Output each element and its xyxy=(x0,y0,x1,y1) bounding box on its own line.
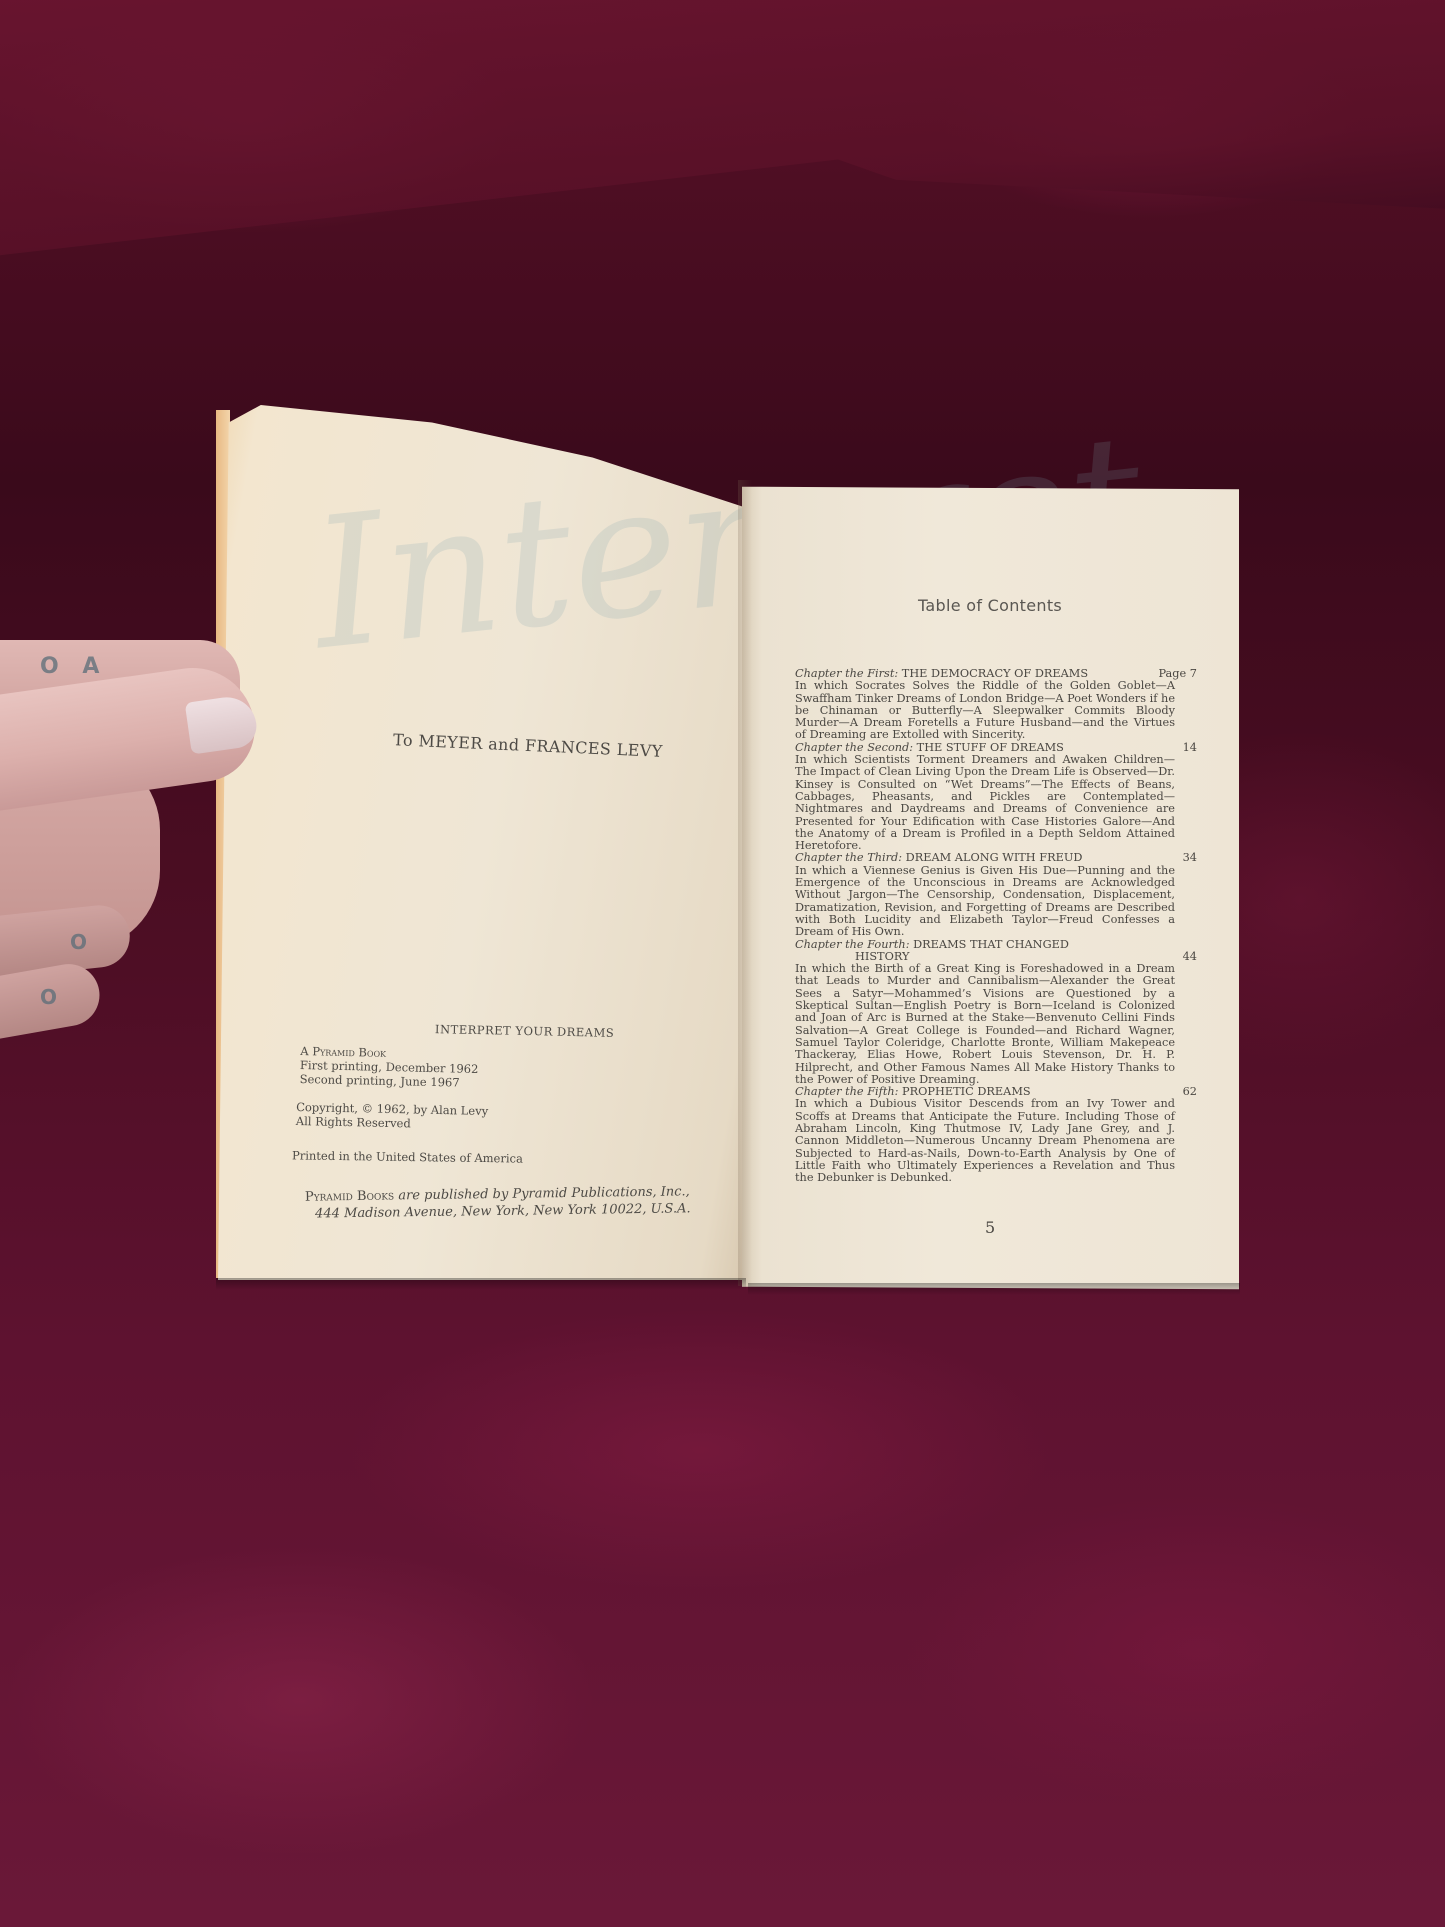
toc-chapter: Chapter the Second: THE STUFF OF DREAMS1… xyxy=(795,742,1175,853)
publisher-info: Pyramid Books are published by Pyramid P… xyxy=(305,1183,691,1222)
chapter-page: 14 xyxy=(1183,742,1197,754)
chapter-label: Chapter the Fourth: xyxy=(795,938,910,951)
chapter-title: PROPHETIC DREAMS xyxy=(902,1085,1031,1098)
chapter-description: In which a Dubious Visitor Descends from… xyxy=(795,1098,1175,1184)
chapter-page: Page 7 xyxy=(1158,668,1197,680)
table-of-contents: Chapter the First: THE DEMOCRACY OF DREA… xyxy=(795,668,1175,1184)
toc-title: Table of Contents xyxy=(918,596,1062,615)
page-shadow xyxy=(216,1278,746,1290)
chapter-title: DREAMS THAT CHANGED xyxy=(913,938,1069,951)
chapter-description: In which a Viennese Genius is Given His … xyxy=(795,865,1175,939)
hand: O A O O xyxy=(0,640,290,1060)
chapter-page: 62 xyxy=(1183,1086,1197,1098)
chapter-heading: Chapter the Second: THE STUFF OF DREAMS1… xyxy=(795,742,1175,754)
toc-chapter: Chapter the Third: DREAM ALONG WITH FREU… xyxy=(795,852,1175,938)
chapter-heading: Chapter the Third: DREAM ALONG WITH FREU… xyxy=(795,852,1175,864)
toc-chapter: Chapter the First: THE DEMOCRACY OF DREA… xyxy=(795,668,1175,742)
page-number: 5 xyxy=(985,1218,995,1237)
chapter-heading: Chapter the First: THE DEMOCRACY OF DREA… xyxy=(795,668,1175,680)
knuckle-tattoo: O xyxy=(70,930,87,954)
chapter-title: DREAM ALONG WITH FREUD xyxy=(906,851,1083,864)
knuckle-tattoo: O xyxy=(40,985,57,1009)
chapter-label: Chapter the Fifth: xyxy=(795,1085,898,1098)
publisher-brand: Pyramid Books xyxy=(305,1188,394,1204)
chapter-title-cont: HISTORY xyxy=(855,950,909,963)
toc-chapter: Chapter the Fifth: PROPHETIC DREAMS62 In… xyxy=(795,1086,1175,1184)
chapter-title: THE DEMOCRACY OF DREAMS xyxy=(902,667,1088,680)
chapter-label: Chapter the Second: xyxy=(795,741,913,754)
copyright: Copyright, © 1962, by Alan Levy All Righ… xyxy=(296,1100,489,1132)
chapter-heading-cont: HISTORY44 xyxy=(795,951,1175,963)
chapter-title: THE STUFF OF DREAMS xyxy=(917,741,1064,754)
chapter-label: Chapter the First: xyxy=(795,667,898,680)
book-gutter xyxy=(738,480,752,1286)
chapter-description: In which Scientists Torment Dreamers and… xyxy=(795,754,1175,852)
knuckle-tattoo: O A xyxy=(40,654,107,679)
chapter-description: In which the Birth of a Great King is Fo… xyxy=(795,963,1175,1086)
chapter-description: In which Socrates Solves the Riddle of t… xyxy=(795,680,1175,741)
chapter-heading: Chapter the Fourth: DREAMS THAT CHANGED xyxy=(795,939,1175,951)
chapter-heading: Chapter the Fifth: PROPHETIC DREAMS62 xyxy=(795,1086,1175,1098)
chapter-label: Chapter the Third: xyxy=(795,851,902,864)
toc-chapter: Chapter the Fourth: DREAMS THAT CHANGED … xyxy=(795,939,1175,1087)
chapter-page: 34 xyxy=(1183,852,1197,864)
chapter-page: 44 xyxy=(1183,951,1197,963)
imprint: A Pyramid Book First printing, December … xyxy=(300,1044,479,1090)
page-shadow xyxy=(748,1283,1240,1295)
